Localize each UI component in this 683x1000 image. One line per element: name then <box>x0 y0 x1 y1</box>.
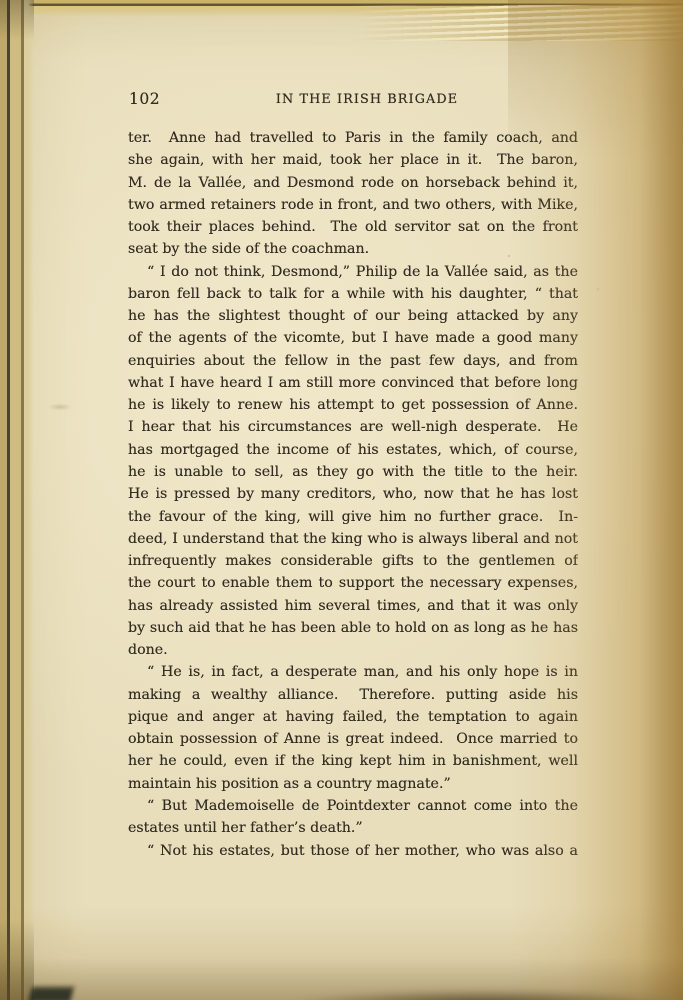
text-line: by such aid that he has been able to hol… <box>128 617 578 639</box>
left-binding-shadow <box>0 0 34 1000</box>
paragraph: “ I do not think, Desmond,” Philip de la… <box>128 261 578 662</box>
page-header: 102 IN THE IRISH BRIGADE <box>128 90 578 112</box>
text-line: enquiries about the fellow in the past f… <box>128 350 578 372</box>
text-line: two armed retainers rode in front, and t… <box>128 194 578 216</box>
text-line: took their places behind. The old servit… <box>128 216 578 238</box>
book-left-binding <box>0 0 34 1000</box>
text-line: has already assisted him several times, … <box>128 595 578 617</box>
text-line: estates until her father’s death.” <box>128 817 578 839</box>
text-line: I hear that his circumstances are well-n… <box>128 416 578 438</box>
text-line: has mortgaged the income of his estates,… <box>128 439 578 461</box>
text-line: obtain possession of Anne is great indee… <box>128 728 578 750</box>
paragraph: ter. Anne had travelled to Paris in the … <box>128 127 578 261</box>
text-line: done. <box>128 639 578 661</box>
text-line: deed, I understand that the king who is … <box>128 528 578 550</box>
paragraph: “ He is, in fact, a desperate man, and h… <box>128 661 578 795</box>
text-line: baron fell back to talk for a while with… <box>128 283 578 305</box>
text-line: “ I do not think, Desmond,” Philip de la… <box>128 261 578 283</box>
text-line: ter. Anne had travelled to Paris in the … <box>128 127 578 149</box>
text-line: the favour of the king, will give him no… <box>128 506 578 528</box>
bottom-edge-dark-band <box>250 984 670 1000</box>
text-line: “ But Mademoiselle de Pointdexter cannot… <box>128 795 578 817</box>
text-line: the court to enable them to support the … <box>128 572 578 594</box>
text-line: what I have heard I am still more convin… <box>128 372 578 394</box>
bottom-left-corner-shadow <box>28 987 74 1000</box>
book-photo: 102 IN THE IRISH BRIGADE ter. Anne had t… <box>0 0 683 1000</box>
text-line: “ Not his estates, but those of her moth… <box>128 840 578 862</box>
text-line: pique and anger at having failed, the te… <box>128 706 578 728</box>
text-line: seat by the side of the coachman. <box>128 238 578 260</box>
text-line: she again, with her maid, took her place… <box>128 149 578 171</box>
text-line: making a wealthy alliance. Therefore. pu… <box>128 684 578 706</box>
text-line: “ He is, in fact, a desperate man, and h… <box>128 661 578 683</box>
text-line: he has the slightest thought of our bein… <box>128 305 578 327</box>
paragraph: “ But Mademoiselle de Pointdexter cannot… <box>128 795 578 840</box>
running-head: IN THE IRISH BRIGADE <box>276 92 458 107</box>
book-top-edge <box>0 0 683 20</box>
text-line: maintain his position as a country magna… <box>128 773 578 795</box>
top-right-page-stack <box>353 5 683 41</box>
text-line: of the agents of the vicomte, but I have… <box>128 327 578 349</box>
text-line: infrequently makes considerable gifts to… <box>128 550 578 572</box>
text-line: He is pressed by many creditors, who, no… <box>128 483 578 505</box>
text-block: ter. Anne had travelled to Paris in the … <box>128 127 578 862</box>
page-number: 102 <box>129 90 160 108</box>
text-line: he is likely to renew his attempt to get… <box>128 394 578 416</box>
bottom-shadow <box>0 905 683 1000</box>
text-line: M. de la Vallée, and Desmond rode on hor… <box>128 172 578 194</box>
paragraph: “ Not his estates, but those of her moth… <box>128 840 578 862</box>
text-line: he is unable to sell, as they go with th… <box>128 461 578 483</box>
text-line: her he could, even if the king kept him … <box>128 750 578 772</box>
